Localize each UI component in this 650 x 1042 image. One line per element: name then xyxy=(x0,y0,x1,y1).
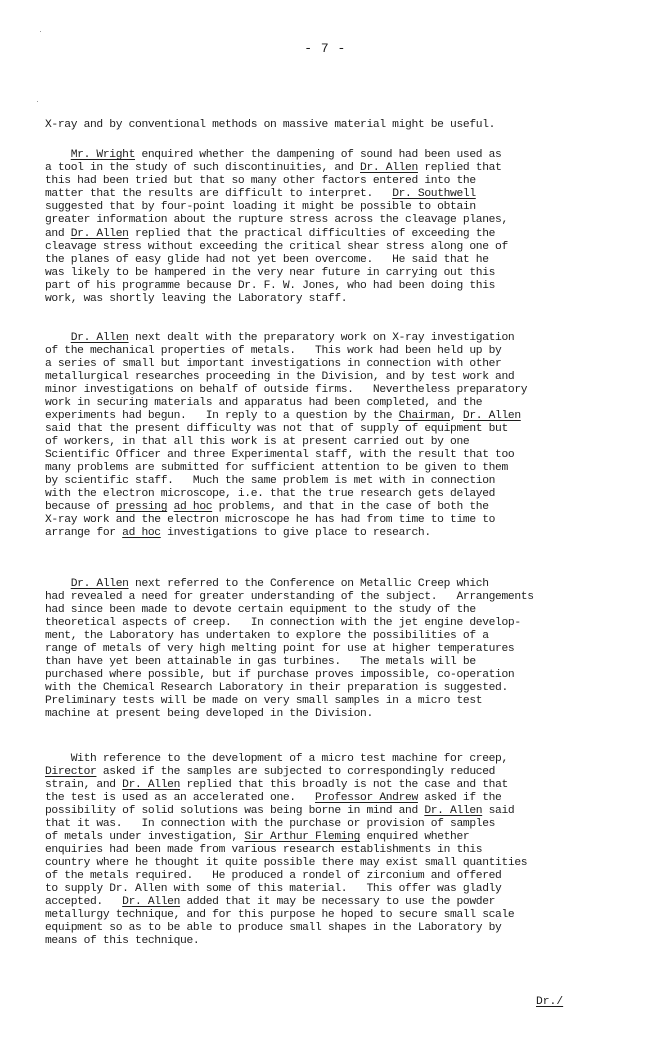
document-page: - 7 - X-ray and by conventional methods … xyxy=(0,0,650,1042)
paragraph-line: matter that the results are difficult to… xyxy=(45,188,476,201)
paragraph-line: machine at present being developed in th… xyxy=(45,708,373,721)
paragraph-line: this had been tried but that so many oth… xyxy=(45,175,476,188)
paragraph-line: of metals under investigation, Sir Arthu… xyxy=(45,831,469,844)
paragraph-line: a series of small but important investig… xyxy=(45,358,501,371)
paragraph-line: With reference to the development of a m… xyxy=(45,753,508,766)
paragraph-line: purchased where possible, but if purchas… xyxy=(45,669,514,682)
paragraph-line: accepted. Dr. Allen added that it may be… xyxy=(45,896,495,909)
paragraph-line: enquiries had been made from various res… xyxy=(45,844,482,857)
paragraph-line: equipment so as to be able to produce sm… xyxy=(45,922,501,935)
paragraph-line: and Dr. Allen replied that the practical… xyxy=(45,228,495,241)
paragraph-line: had since been made to devote certain eq… xyxy=(45,604,476,617)
paragraph-line: arrange for ad hoc investigations to giv… xyxy=(45,527,431,540)
underlined-term: ad hoc xyxy=(122,527,161,539)
paragraph-line: with the electron microscope, i.e. that … xyxy=(45,488,495,501)
paragraph-line: that it was. In connection with the purc… xyxy=(45,818,495,831)
speaker-name: Dr. Allen xyxy=(71,228,129,240)
speaker-name: Dr. Allen xyxy=(71,332,129,344)
paragraph-line: of the metals required. He produced a ro… xyxy=(45,870,501,883)
paragraph-line: theoretical aspects of creep. In connect… xyxy=(45,617,521,630)
paragraph-line: possibility of solid solutions was being… xyxy=(45,805,514,818)
paragraph-line: a tool in the study of such discontinuit… xyxy=(45,162,502,175)
paragraph-line: range of metals of very high melting poi… xyxy=(45,643,514,656)
paragraph-line: X-ray work and the electron microscope h… xyxy=(45,514,495,527)
catchword: Dr./ xyxy=(536,996,563,1008)
paragraph-line: the planes of easy glide had not yet bee… xyxy=(45,254,489,267)
paragraph-line: to supply Dr. Allen with some of this ma… xyxy=(45,883,501,896)
underlined-term: pressing xyxy=(116,501,167,513)
scan-speck xyxy=(40,31,41,32)
paragraph-line: of workers, in that all this work is at … xyxy=(45,436,469,449)
paragraph-line: work in securing materials and apparatus… xyxy=(45,397,482,410)
speaker-name: Sir Arthur Fleming xyxy=(244,831,360,843)
paragraph-line: ment, the Laboratory has undertaken to e… xyxy=(45,630,489,643)
paragraph-line: Dr. Allen next referred to the Conferenc… xyxy=(45,578,489,591)
paragraph-line: Scientific Officer and three Experimenta… xyxy=(45,449,514,462)
paragraph-line: because of pressing ad hoc problems, and… xyxy=(45,501,489,514)
speaker-name: Dr. Allen xyxy=(71,578,129,590)
paragraph-line: of the mechanical properties of metals. … xyxy=(45,345,501,358)
paragraph-line: greater information about the rupture st… xyxy=(45,214,508,227)
paragraph-line: Preliminary tests will be made on very s… xyxy=(45,695,482,708)
paragraph-line: suggested that by four-point loading it … xyxy=(45,201,476,214)
page-number: - 7 - xyxy=(0,41,650,56)
speaker-name: Chairman xyxy=(399,410,450,422)
speaker-name: Director xyxy=(45,766,96,778)
paragraph-line: X-ray and by conventional methods on mas… xyxy=(45,119,495,132)
paragraph-line: cleavage stress without exceeding the cr… xyxy=(45,241,508,254)
paragraph-line: Director asked if the samples are subjec… xyxy=(45,766,495,779)
underlined-term: ad hoc xyxy=(174,501,213,513)
paragraph-line: minor investigations on behalf of outsid… xyxy=(45,384,527,397)
paragraph-line: Dr. Allen next dealt with the preparator… xyxy=(45,332,514,345)
paragraph-line: was likely to be hampered in the very ne… xyxy=(45,267,495,280)
paragraph-line: had revealed a need for greater understa… xyxy=(45,591,534,604)
paragraph-line: with the Chemical Research Laboratory in… xyxy=(45,682,508,695)
speaker-name: Dr. Allen xyxy=(360,162,418,174)
paragraph-line: metallurgical researches proceeding in t… xyxy=(45,371,514,384)
speaker-name: Dr. Allen xyxy=(122,896,180,908)
paragraph-line: country where he thought it quite possib… xyxy=(45,857,527,870)
paragraph-line: strain, and Dr. Allen replied that this … xyxy=(45,779,508,792)
catchword-text: Dr./ xyxy=(536,996,563,1008)
speaker-name: Dr. Allen xyxy=(122,779,180,791)
scan-speck xyxy=(37,101,38,102)
speaker-name: Dr. Southwell xyxy=(392,188,476,200)
paragraph-line: said that the present difficulty was not… xyxy=(45,423,508,436)
speaker-name: Dr. Allen xyxy=(463,410,521,422)
paragraph-line: Mr. Wright enquired whether the dampenin… xyxy=(45,149,501,162)
paragraph-line: experiments had begun. In reply to a que… xyxy=(45,410,521,423)
speaker-name: Professor Andrew xyxy=(315,792,418,804)
paragraph-line: means of this technique. xyxy=(45,935,199,948)
paragraph-line: part of his programme because Dr. F. W. … xyxy=(45,280,495,293)
paragraph-line: many problems are submitted for sufficie… xyxy=(45,462,508,475)
paragraph-line: by scientific staff. Much the same probl… xyxy=(45,475,495,488)
speaker-name: Dr. Allen xyxy=(424,805,482,817)
speaker-name: Mr. Wright xyxy=(71,149,135,161)
paragraph-line: metallurgy technique, and for this purpo… xyxy=(45,909,514,922)
paragraph-line: than have yet been attainable in gas tur… xyxy=(45,656,476,669)
paragraph-line: the test is used as an accelerated one. … xyxy=(45,792,502,805)
paragraph-line: work, was shortly leaving the Laboratory… xyxy=(45,293,347,306)
